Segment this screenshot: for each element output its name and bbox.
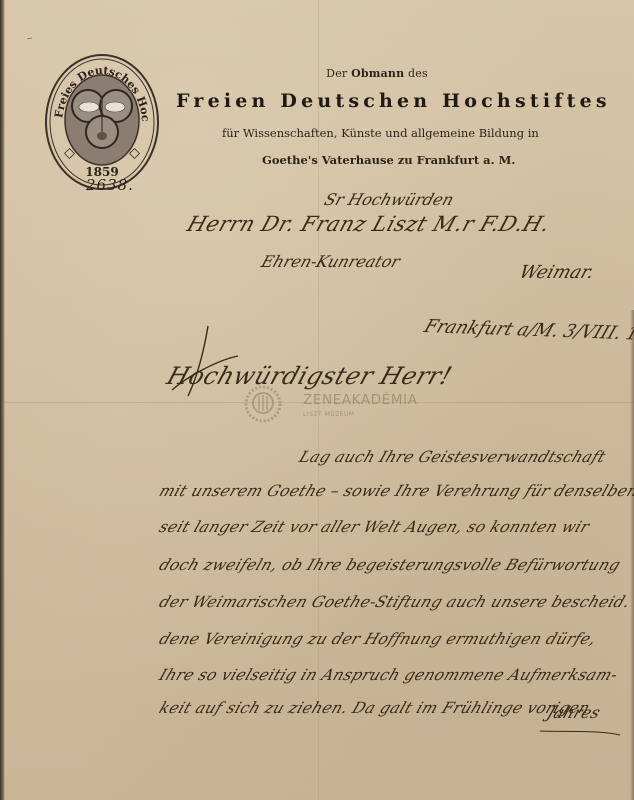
body-line: doch zweifeln, ob Ihre begeisterungsvoll… [157,556,623,574]
letterhead-prefix: Der [326,67,351,80]
body-line: der Weimarischen Goethe-Stiftung auch un… [157,593,633,611]
recipient-name: Herrn Dr. Franz Liszt M.r F.D.H. [184,212,553,236]
body-line: keit auf sich zu ziehen. Da galt im Früh… [157,699,593,717]
zeneakademia-watermark: ZENEAKADÉMIA LISZT MÚZEUM [237,384,417,426]
letterhead-title: Freien Deutschen Hochstiftes [176,90,566,112]
letterhead-obmann-line: Der Obmann des [0,67,634,80]
letterhead-location: Goethe's Vaterhause zu Frankfurt a. M. [262,153,492,167]
body-line: Ihre so vielseitig in Anspruch genommene… [157,666,621,684]
paper-right-edge [630,310,634,800]
watermark-subtitle: LISZT MÚZEUM [303,411,355,418]
watermark-title: ZENEAKADÉMIA [303,392,417,408]
letterhead-suffix: des [404,67,428,80]
body-line: Lag auch Ihre Geistesverwandtschaft [297,448,609,466]
paper-left-edge [0,0,5,800]
body-line: dene Vereinigung zu der Hoffnung ermuthi… [157,630,599,648]
body-line: mit unserem Goethe – sowie Ihre Verehrun… [157,482,634,500]
catchword-underline [538,728,622,736]
letterhead-subtitle: für Wissenschaften, Künste und allgemein… [222,126,522,140]
letterhead-obmann: Obmann [351,67,404,80]
recipient-city: Weimar. [517,262,597,283]
honorific: Sr Hochwürden [322,190,456,209]
body-line: seit langer Zeit vor aller Welt Augen, s… [157,518,592,536]
catchword: Jahres [545,703,604,722]
recipient-title: Ehren-Kunreator [259,252,403,271]
reference-number: 2638. [86,176,134,194]
lyre-wreath-logo-icon [243,384,283,424]
